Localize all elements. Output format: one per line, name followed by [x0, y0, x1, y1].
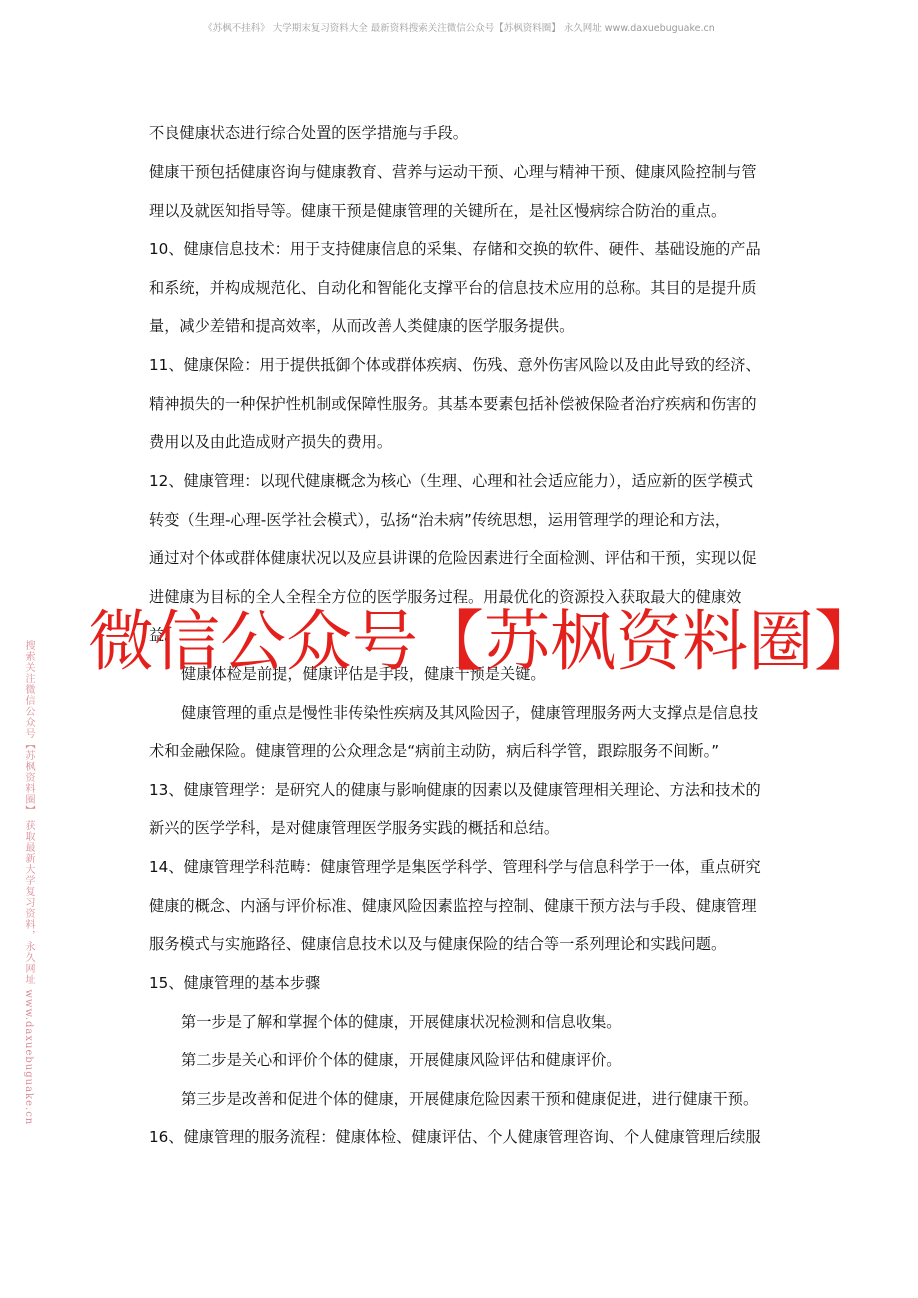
paragraph-line: 健康干预包括健康咨询与健康教育、营养与运动干预、心理与精神干预、健康风险控制与管: [149, 161, 757, 183]
paragraph-line: 和系统，并构成规范化、自动化和智能化支撑平台的信息技术应用的总称。其目的是提升质: [149, 277, 757, 299]
paragraph-line: 第一步是了解和掌握个体的健康，开展健康状况检测和信息收集。: [181, 1011, 621, 1033]
paragraph-line: 15、健康管理的基本步骤: [149, 972, 320, 994]
header-banner: 《苏枫不挂科》 大学期末复习资料大全 最新资料搜索关注微信公众号【苏枫资料圈】 …: [0, 20, 918, 34]
paragraph-line: 13、健康管理学：是研究人的健康与影响健康的因素以及健康管理相关理论、方法和技术…: [149, 779, 761, 801]
paragraph-line: 费用以及由此造成财产损失的费用。: [149, 431, 392, 453]
paragraph-line: 14、健康管理学科范畴：健康管理学是集医学科学、管理科学与信息科学于一体，重点研…: [149, 856, 761, 878]
paragraph-line: 16、健康管理的服务流程：健康体检、健康评估、个人健康管理咨询、个人健康管理后续…: [149, 1126, 761, 1148]
paragraph-line: 精神损失的一种保护性机制或保障性服务。其基本要素包括补偿被保险者治疗疾病和伤害的: [149, 393, 757, 415]
red-watermark-overlay: 微信公众号【苏枫资料圈】: [88, 602, 880, 682]
paragraph-line: 11、健康保险：用于提供抵御个体或群体疾病、伤残、意外伤害风险以及由此导致的经济…: [149, 354, 761, 376]
side-watermark: 搜索关注微信公众号【苏枫资料圈】 获取最新大学复习资料，永久网址 www.dax…: [16, 640, 36, 1125]
paragraph-line: 12、健康管理：以现代健康概念为核心（生理、心理和社会适应能力），适应新的医学模…: [149, 470, 753, 492]
paragraph-line: 新兴的医学学科，是对健康管理医学服务实践的概括和总结。: [149, 817, 559, 839]
paragraph-line: 第二步是关心和评价个体的健康，开展健康风险评估和健康评价。: [181, 1049, 621, 1071]
paragraph-line: 10、健康信息技术：用于支持健康信息的采集、存储和交换的软件、硬件、基础设施的产…: [149, 238, 761, 260]
paragraph-line: 量，减少差错和提高效率，从而改善人类健康的医学服务提供。: [149, 315, 574, 337]
paragraph-line: 第三步是改善和促进个体的健康，开展健康危险因素干预和健康促进，进行健康干预。: [181, 1088, 758, 1110]
paragraph-line: 术和金融保险。健康管理的公众理念是“病前主动防，病后科学管，跟踪服务不间断。”: [149, 740, 719, 762]
paragraph-line: 健康的概念、内涵与评价标准、健康风险因素监控与控制、健康干预方法与手段、健康管理: [149, 895, 757, 917]
paragraph-line: 转变（生理-心理-医学社会模式），弘扬“治未病”传统思想，运用管理学的理论和方法…: [149, 509, 730, 531]
paragraph-line: 服务模式与实施路径、健康信息技术以及与健康保险的结合等一系列理论和实践问题。: [149, 933, 726, 955]
paragraph-line: 理以及就医知指导等。健康干预是健康管理的关键所在，是社区慢病综合防治的重点。: [149, 200, 726, 222]
paragraph-line: 通过对个体或群体健康状况以及应县讲课的危险因素进行全面检测、评估和干预，实现以促: [149, 547, 757, 569]
paragraph-line: 健康管理的重点是慢性非传染性疾病及其风险因子，健康管理服务两大支撑点是信息技: [181, 702, 758, 724]
paragraph-line: 不良健康状态进行综合处置的医学措施与手段。: [149, 122, 468, 144]
